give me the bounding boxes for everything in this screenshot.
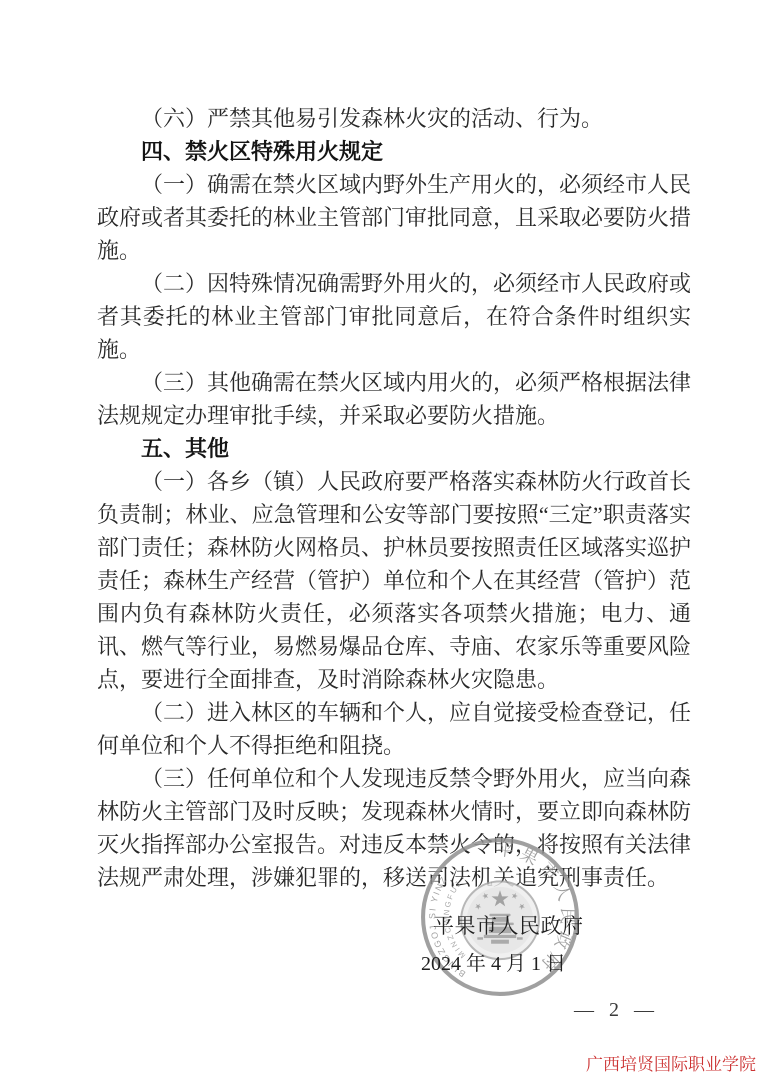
paragraph-four-1: （一）确需在禁火区域内野外生产用火的，必须经市人民政府或者其委托的林业主管部门审… xyxy=(97,168,691,267)
page-number: — 2 — xyxy=(574,999,659,1022)
section-heading-five: 五、其他 xyxy=(97,432,691,465)
paragraph-four-3: （三）其他确需在禁火区域内用火的，必须严格根据法律法规规定办理审批手续，并采取必… xyxy=(97,366,691,432)
paragraph-six: （六）严禁其他易引发森林火灾的活动、行为。 xyxy=(97,102,691,135)
paragraph-four-2: （二）因特殊情况确需野外用火的，必须经市人民政府或者其委托的林业主管部门审批同意… xyxy=(97,267,691,366)
issue-date: 2024 年 4 月 1 日 xyxy=(421,947,591,976)
college-watermark: 广西培贤国际职业学院 xyxy=(586,1050,756,1075)
section-heading-four: 四、禁火区特殊用火规定 xyxy=(97,135,691,168)
paragraph-five-3: （三）任何单位和个人发现违反禁令野外用火，应当向森林防火主管部门及时反映；发现森… xyxy=(97,762,691,894)
issuing-authority: 平果市人民政府 xyxy=(433,910,593,940)
document-body: （六）严禁其他易引发森林火灾的活动、行为。 四、禁火区特殊用火规定 （一）确需在… xyxy=(97,102,691,894)
document-page: （六）严禁其他易引发森林火灾的活动、行为。 四、禁火区特殊用火规定 （一）确需在… xyxy=(0,0,764,1080)
paragraph-five-1: （一）各乡（镇）人民政府要严格落实森林防火行政首长负责制；林业、应急管理和公安等… xyxy=(97,465,691,696)
paragraph-five-2: （二）进入林区的车辆和个人，应自觉接受检查登记，任何单位和个人不得拒绝和阻挠。 xyxy=(97,696,691,762)
